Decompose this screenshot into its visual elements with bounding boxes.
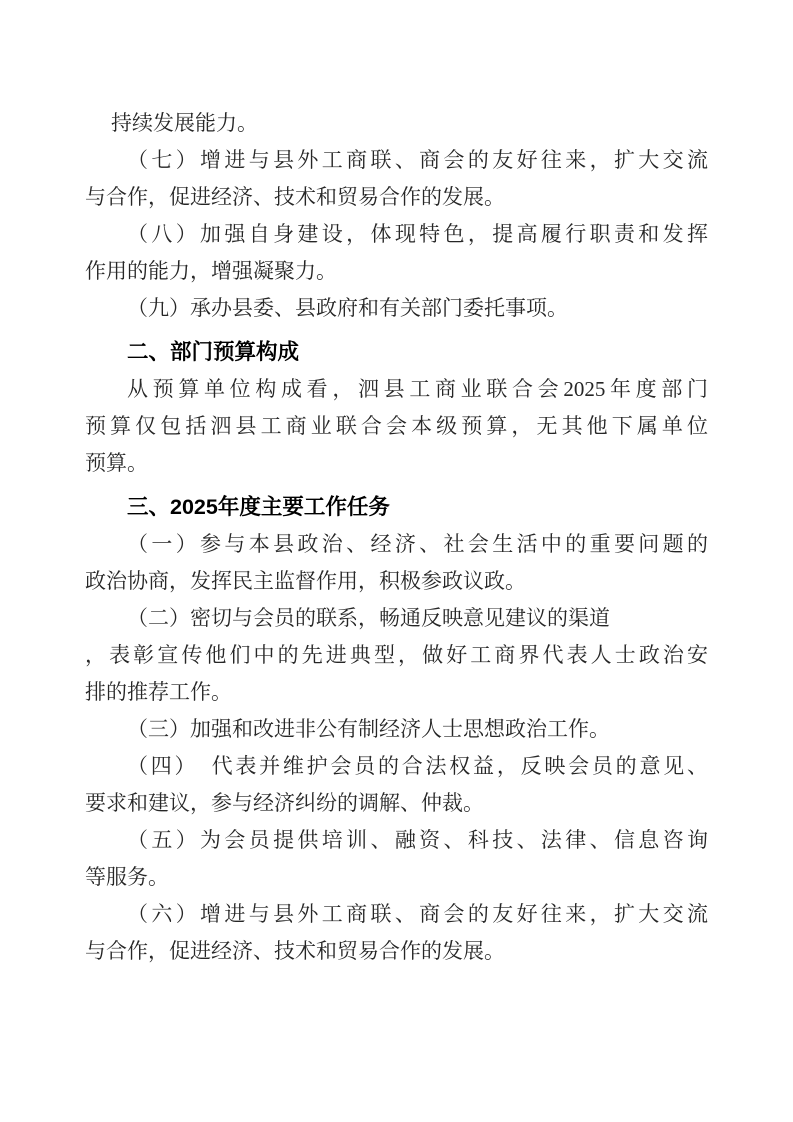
body-text-line: 政治协商，发挥民主监督作用，积极参政议政。 [85, 563, 708, 600]
body-text-line: 等服务。 [85, 859, 708, 896]
body-text-line: （二）密切与会员的联系，畅通反映意见建议的渠道 [85, 600, 708, 637]
section-heading: 三、2025年度主要工作任务 [85, 489, 708, 526]
body-text-line: （九）承办县委、县政府和有关部门委托事项。 [85, 290, 708, 327]
body-text-line: 排的推荐工作。 [85, 674, 708, 711]
body-text-line: ，表彰宣传他们中的先进典型，做好工商界代表人士政治安 [85, 637, 708, 674]
body-text-line: （七）增进与县外工商联、商会的友好往来，扩大交流 [85, 142, 708, 179]
body-text-line: （五）为会员提供培训、融资、科技、法律、信息咨询 [85, 822, 708, 859]
body-text-line: 持续发展能力。 [85, 105, 708, 142]
body-text-line: （三）加强和改进非公有制经济人士思想政治工作。 [85, 711, 708, 748]
body-text-line: 与合作，促进经济、技术和贸易合作的发展。 [85, 933, 708, 970]
body-text-line: （一）参与本县政治、经济、社会生活中的重要问题的 [85, 526, 708, 563]
body-text-line: 从预算单位构成看，泗县工商业联合会2025年度部门 [85, 371, 708, 408]
body-text-line: 预算。 [85, 445, 708, 482]
body-text-line: （四） 代表并维护会员的合法权益，反映会员的意见、 [85, 748, 708, 785]
body-text-line: （六）增进与县外工商联、商会的友好往来，扩大交流 [85, 896, 708, 933]
document-page: 持续发展能力。（七）增进与县外工商联、商会的友好往来，扩大交流与合作，促进经济、… [0, 0, 793, 1122]
body-text-line: （八）加强自身建设，体现特色，提高履行职责和发挥 [85, 216, 708, 253]
body-text-line: 与合作，促进经济、技术和贸易合作的发展。 [85, 179, 708, 216]
body-text-line: 要求和建议，参与经济纠纷的调解、仲裁。 [85, 785, 708, 822]
section-heading: 二、部门预算构成 [85, 334, 708, 371]
body-text-line: 作用的能力，增强凝聚力。 [85, 253, 708, 290]
body-text-line: 预算仅包括泗县工商业联合会本级预算，无其他下属单位 [85, 408, 708, 445]
document-body: 持续发展能力。（七）增进与县外工商联、商会的友好往来，扩大交流与合作，促进经济、… [85, 105, 708, 970]
